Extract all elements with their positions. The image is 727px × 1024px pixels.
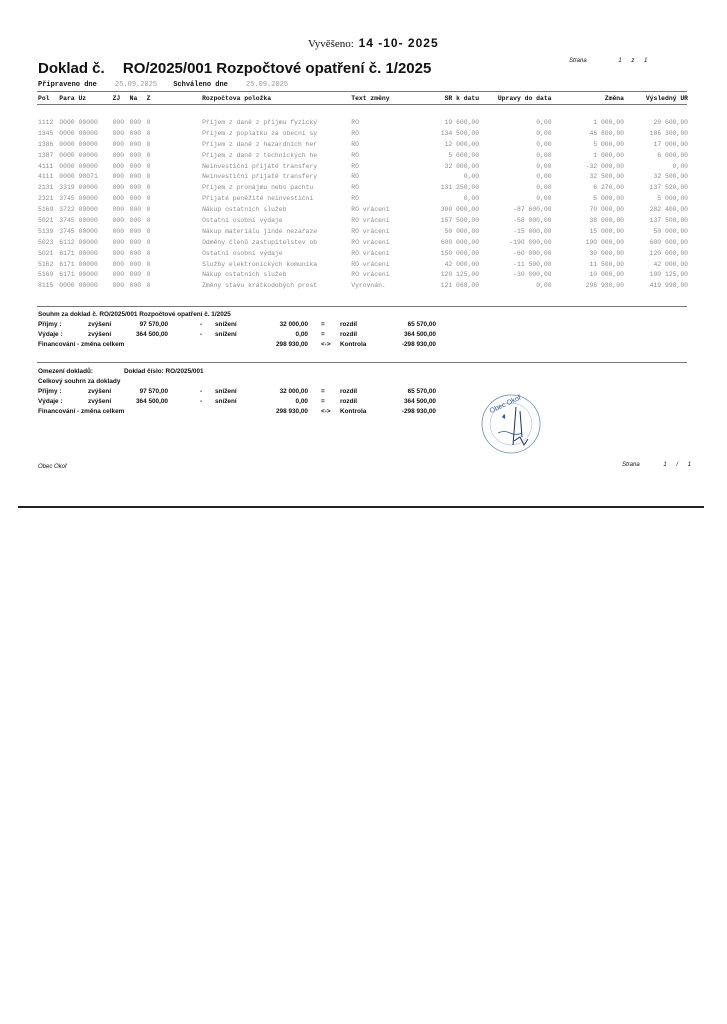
cell-para-uz: 617100000 <box>59 269 112 280</box>
cell-upravy: 0,00 <box>479 128 551 139</box>
cell-z: 0 <box>147 280 202 291</box>
cell-uz: 00000 <box>79 239 98 246</box>
cell-zj: 000 <box>113 139 130 150</box>
check-value: -298 930,00 <box>402 341 436 348</box>
difference-value: 364 500,00 <box>404 331 436 338</box>
cell-zj: 000 <box>113 215 130 226</box>
cell-item: Nákup ostatních služeb <box>202 269 351 280</box>
col-zmena: Změna <box>552 94 624 105</box>
cell-zj: 000 <box>113 280 130 291</box>
cell-para: 6171 <box>59 250 74 257</box>
cell-pol: 8115 <box>38 280 59 291</box>
total-summary: Omezení dokladů: Doklad číslo: RO/2025/0… <box>38 368 438 418</box>
cell-zmena: 30 000,00 <box>552 248 624 259</box>
cell-text: RO <box>351 139 415 150</box>
page-title: Doklad č. RO/2025/001 Rozpočtové opatřen… <box>38 60 431 77</box>
cell-item: Služby elektronických komunika <box>202 259 351 270</box>
cell-para: 3745 <box>59 195 74 202</box>
cell-item: Ostatní osobní výdaje <box>202 215 351 226</box>
cell-para-uz: 611200000 <box>59 237 112 248</box>
footer-organization: Obec Okoř <box>38 464 67 470</box>
cell-zmena: 5 000,00 <box>552 139 624 150</box>
row-label: Výdaje : <box>38 331 63 338</box>
col-upravy: Upravy do data <box>479 94 551 105</box>
cell-na: 000 <box>130 204 147 215</box>
cell-pol: 1386 <box>38 139 59 150</box>
cell-para-uz: 372200000 <box>59 204 112 215</box>
cell-pol: 1112 <box>38 117 59 128</box>
cell-zmena: -32 000,00 <box>552 161 624 172</box>
document-meta: Připraveno dne 25.09.2025 Schváleno dne … <box>38 81 300 89</box>
cell-text: Vyrovnán. <box>351 280 415 291</box>
cell-text: RO vrácení <box>351 248 415 259</box>
cell-para: 6112 <box>59 239 74 246</box>
cell-para: 3745 <box>59 217 74 224</box>
cell-pol: 5021 <box>38 248 59 259</box>
cell-sr: 131 250,00 <box>415 182 479 193</box>
cell-na: 000 <box>130 215 147 226</box>
posted-stamp: Vyvěšeno: 14 -10- 2025 <box>308 36 439 50</box>
cell-na: 000 <box>130 269 147 280</box>
minus-sign: - <box>200 331 202 338</box>
arrow-sign: <-> <box>321 341 331 348</box>
limit-label: Omezení dokladů: <box>38 368 93 375</box>
cell-upravy: -190 000,00 <box>479 237 551 248</box>
cell-z: 0 <box>147 237 202 248</box>
cell-sr: 600 000,00 <box>415 237 479 248</box>
cell-sr: 50 000,00 <box>415 226 479 237</box>
cell-zmena: 298 930,00 <box>552 280 624 291</box>
summary-row: Příjmy :zvýšení97 570,00-snížení32 000,0… <box>38 321 438 331</box>
cell-para-uz: 331900000 <box>59 182 112 193</box>
cell-uz: 00000 <box>79 152 98 159</box>
budget-items-table: Pol Para Uz ZJ Na Z Rozpočtova položka T… <box>38 94 688 291</box>
cell-uz: 00000 <box>79 119 98 126</box>
cell-na: 000 <box>130 237 147 248</box>
cell-na: 000 <box>130 226 147 237</box>
cell-na: 000 <box>130 171 147 182</box>
cell-ur: 0,00 <box>624 161 688 172</box>
table-row: 50216171000000000000Ostatní osobní výdaj… <box>38 248 688 259</box>
cell-zmena: 190 000,00 <box>552 237 624 248</box>
cell-z: 0 <box>147 204 202 215</box>
cell-uz: 00000 <box>79 195 98 202</box>
cell-zj: 000 <box>113 150 130 161</box>
cell-text: RO <box>351 171 415 182</box>
cell-text: RO <box>351 193 415 204</box>
increase-value: 364 500,00 <box>136 398 168 405</box>
document-summary: Souhm za doklad č. RO/2025/001 Rozpočtov… <box>38 311 438 351</box>
col-na: Na <box>130 94 147 105</box>
cell-zj: 000 <box>113 182 130 193</box>
cell-item: Neinvestiční přijaté transfery <box>202 161 351 172</box>
cell-upravy: -60 000,00 <box>479 248 551 259</box>
table-row: 21313319000000000000Příjem z pronájmu ne… <box>38 182 688 193</box>
cell-z: 0 <box>147 117 202 128</box>
col-ur: Výsledný UR <box>624 94 688 105</box>
limit-value: Doklad číslo: RO/2025/001 <box>124 368 204 375</box>
cell-zj: 000 <box>113 193 130 204</box>
cell-zmena: 6 270,00 <box>552 182 624 193</box>
cell-para-uz: 617100000 <box>59 248 112 259</box>
cell-item: Změny stavu krátkodobých prost <box>202 280 351 291</box>
table-row: 50213745000000000000Ostatní osobní výdaj… <box>38 215 688 226</box>
cell-zj: 000 <box>113 128 130 139</box>
cell-upravy: 0,00 <box>479 193 551 204</box>
cell-sr: 0,00 <box>415 193 479 204</box>
cell-zj: 000 <box>113 171 130 182</box>
cell-para-uz: 374500000 <box>59 226 112 237</box>
check-value: -298 930,00 <box>402 408 436 415</box>
difference-label: rozdíl <box>340 321 357 328</box>
table-row: 41110000980710000000Neinvestiční přijaté… <box>38 171 688 182</box>
summary-row: Výdaje :zvýšení364 500,00-snížení0,00=ro… <box>38 331 438 341</box>
cell-para-uz: 000000000 <box>59 280 112 291</box>
cell-para-uz: 000098071 <box>59 171 112 182</box>
cell-z: 0 <box>147 128 202 139</box>
cell-upravy: -58 000,00 <box>479 215 551 226</box>
cell-text: RO vrácení <box>351 269 415 280</box>
cell-uz: 00000 <box>79 184 98 191</box>
cell-uz: 00000 <box>79 228 98 235</box>
cell-zmena: 70 000,00 <box>552 204 624 215</box>
difference-label: rozdíl <box>340 331 357 338</box>
increase-value: 364 500,00 <box>136 331 168 338</box>
cell-na: 000 <box>130 128 147 139</box>
decrease-label: snížení <box>215 321 237 328</box>
cell-z: 0 <box>147 161 202 172</box>
col-para-uz: Para Uz <box>59 94 112 105</box>
cell-uz: 98071 <box>79 173 98 180</box>
increase-label: zvýšení <box>88 398 111 405</box>
cell-ur: 42 000,00 <box>624 259 688 270</box>
table-row: 50236112000000000000Odměny členů zastupi… <box>38 237 688 248</box>
cell-upravy: -30 000,00 <box>479 269 551 280</box>
col-z: Z <box>147 94 202 105</box>
cell-upravy: 0,00 <box>479 161 551 172</box>
difference-label: rozdíl <box>340 398 357 405</box>
page-number-top: Strana 1 z 1 <box>569 58 651 64</box>
summary-title: Souhm za doklad č. RO/2025/001 Rozpočtov… <box>38 311 438 321</box>
cell-uz: 00000 <box>79 261 98 268</box>
col-zj: ZJ <box>113 94 130 105</box>
summary-row: Příjmy :zvýšení97 570,00-snížení32 000,0… <box>38 388 438 398</box>
cell-para: 0000 <box>59 163 74 170</box>
cell-pol: 1345 <box>38 128 59 139</box>
page-edge <box>18 506 704 508</box>
cell-zj: 000 <box>113 248 130 259</box>
row-label: Příjmy : <box>38 321 61 328</box>
cell-ur: 186 300,00 <box>624 128 688 139</box>
table-row: 51393745000000000000Nákup materiálu jind… <box>38 226 688 237</box>
cell-item: Nákup ostatních služeb <box>202 204 351 215</box>
cell-item: Ostatní osobní výdaje <box>202 248 351 259</box>
equals-sign: = <box>321 331 325 338</box>
cell-item: Odměny členů zastupitelstev ob <box>202 237 351 248</box>
difference-value: 364 500,00 <box>404 398 436 405</box>
arrow-sign: <-> <box>321 408 331 415</box>
cell-sr: 0,00 <box>415 171 479 182</box>
cell-pol: 2131 <box>38 182 59 193</box>
cell-para: 0000 <box>59 152 74 159</box>
row-label: Výdaje : <box>38 398 63 405</box>
financing-value: 298 930,00 <box>276 341 308 348</box>
increase-value: 97 570,00 <box>140 321 168 328</box>
cell-pol: 5139 <box>38 226 59 237</box>
divider <box>37 91 687 92</box>
prepared-date: 25.09.2025 <box>115 81 157 89</box>
cell-sr: 19 600,00 <box>415 117 479 128</box>
cell-zj: 000 <box>113 204 130 215</box>
cell-item: Příjem z daně z technických he <box>202 150 351 161</box>
cell-pol: 5023 <box>38 237 59 248</box>
total-title-text: Celkový souhrn za doklady <box>38 378 120 385</box>
footer-page-value: 1 / 1 <box>663 462 695 468</box>
cell-pol: 4111 <box>38 171 59 182</box>
cell-sr: 42 000,00 <box>415 259 479 270</box>
cell-zmena: 15 000,00 <box>552 226 624 237</box>
minus-sign: - <box>200 398 202 405</box>
row-label: Příjmy : <box>38 388 61 395</box>
cell-para-uz: 374500000 <box>59 215 112 226</box>
divider <box>37 362 687 363</box>
cell-na: 000 <box>130 259 147 270</box>
cell-uz: 00000 <box>79 282 98 289</box>
cell-ur: 600 000,00 <box>624 237 688 248</box>
cell-ur: 282 400,00 <box>624 204 688 215</box>
cell-upravy: 0,00 <box>479 139 551 150</box>
cell-text: RO <box>351 128 415 139</box>
cell-text: RO vrácení <box>351 215 415 226</box>
cell-text: RO <box>351 161 415 172</box>
page-value: 1 z 1 <box>618 58 651 64</box>
cell-para: 0000 <box>59 141 74 148</box>
cell-pol: 4111 <box>38 161 59 172</box>
cell-sr: 157 500,00 <box>415 215 479 226</box>
increase-label: zvýšení <box>88 388 111 395</box>
cell-z: 0 <box>147 248 202 259</box>
equals-sign: = <box>321 321 325 328</box>
cell-sr: 150 000,00 <box>415 248 479 259</box>
cell-zj: 000 <box>113 226 130 237</box>
cell-pol: 1387 <box>38 150 59 161</box>
cell-text: RO <box>351 182 415 193</box>
cell-uz: 00000 <box>79 250 98 257</box>
cell-uz: 00000 <box>79 206 98 213</box>
cell-sr: 32 000,00 <box>415 161 479 172</box>
cell-z: 0 <box>147 182 202 193</box>
cell-z: 0 <box>147 171 202 182</box>
cell-para-uz: 617100000 <box>59 259 112 270</box>
cell-ur: 20 600,00 <box>624 117 688 128</box>
decrease-value: 32 000,00 <box>280 388 308 395</box>
cell-para-uz: 000000000 <box>59 117 112 128</box>
cell-text: RO <box>351 150 415 161</box>
decrease-value: 0,00 <box>296 398 308 405</box>
cell-zmena: 11 500,00 <box>552 259 624 270</box>
total-title: Celkový souhrn za doklady <box>38 378 438 388</box>
cell-ur: 50 000,00 <box>624 226 688 237</box>
posted-label: Vyvěšeno: <box>308 38 354 50</box>
cell-pol: 5162 <box>38 259 59 270</box>
cell-z: 0 <box>147 259 202 270</box>
cell-item: Příjem z poplatku za obecní sy <box>202 128 351 139</box>
cell-z: 0 <box>147 269 202 280</box>
cell-ur: 32 500,00 <box>624 171 688 182</box>
col-item: Rozpočtova položka <box>202 94 351 105</box>
cell-z: 0 <box>147 139 202 150</box>
cell-sr: 12 000,00 <box>415 139 479 150</box>
divider <box>37 306 687 307</box>
summary-row: Výdaje :zvýšení364 500,00-snížení0,00=ro… <box>38 398 438 408</box>
cell-zmena: 32 500,00 <box>552 171 624 182</box>
cell-uz: 00000 <box>79 217 98 224</box>
cell-text: RO vrácení <box>351 259 415 270</box>
cell-para-uz: 000000000 <box>59 161 112 172</box>
difference-label: rozdíl <box>340 388 357 395</box>
cell-upravy: -87 600,00 <box>479 204 551 215</box>
check-label: Kontrola <box>340 341 366 348</box>
cell-zj: 000 <box>113 269 130 280</box>
decrease-label: snížení <box>215 331 237 338</box>
col-pol: Pol <box>38 94 59 105</box>
equals-sign: = <box>321 398 325 405</box>
increase-label: zvýšení <box>88 331 111 338</box>
cell-para: 3319 <box>59 184 74 191</box>
cell-z: 0 <box>147 150 202 161</box>
cell-na: 000 <box>130 139 147 150</box>
difference-value: 65 570,00 <box>408 388 436 395</box>
table-row: 51696171000000000000Nákup ostatních služ… <box>38 269 688 280</box>
cell-pol: 2321 <box>38 193 59 204</box>
cell-upravy: 0,00 <box>479 280 551 291</box>
cell-para-uz: 000000000 <box>59 128 112 139</box>
cell-para-uz: 374500000 <box>59 193 112 204</box>
table-row: 11120000000000000000Příjem z daně z příj… <box>38 117 688 128</box>
cell-text: RO vrácení <box>351 204 415 215</box>
decrease-label: snížení <box>215 388 237 395</box>
cell-z: 0 <box>147 193 202 204</box>
page-label: Strana <box>569 58 587 64</box>
cell-na: 000 <box>130 161 147 172</box>
cell-ur: 137 520,00 <box>624 182 688 193</box>
cell-pol: 5169 <box>38 204 59 215</box>
cell-na: 000 <box>130 117 147 128</box>
cell-zmena: 38 000,00 <box>552 215 624 226</box>
cell-sr: 300 000,00 <box>415 204 479 215</box>
increase-label: zvýšení <box>88 321 111 328</box>
cell-para: 0000 <box>59 173 74 180</box>
cell-uz: 00000 <box>79 130 98 137</box>
approved-label: Schváleno dne <box>173 81 228 89</box>
cell-na: 000 <box>130 193 147 204</box>
cell-item: Přijaté peněžité neinvestiční <box>202 193 351 204</box>
table-row: 51693722000000000000Nákup ostatních služ… <box>38 204 688 215</box>
municipal-stamp-icon: Obec Okoř <box>480 393 542 455</box>
check-label: Kontrola <box>340 408 366 415</box>
cell-zmena: 5 000,00 <box>552 193 624 204</box>
table-row: 13870000000000000000Příjem z daně z tech… <box>38 150 688 161</box>
cell-para: 3745 <box>59 228 74 235</box>
cell-zj: 000 <box>113 259 130 270</box>
table-row: 81150000000000000000Změny stavu krátkodo… <box>38 280 688 291</box>
cell-zj: 000 <box>113 161 130 172</box>
cell-item: Příjem z pronájmu nebo pachtu <box>202 182 351 193</box>
cell-text: RO vrácení <box>351 226 415 237</box>
table-header: Pol Para Uz ZJ Na Z Rozpočtova položka T… <box>38 94 688 105</box>
col-text: Text změny <box>351 94 415 105</box>
cell-ur: 137 500,00 <box>624 215 688 226</box>
cell-sr: 120 125,00 <box>415 269 479 280</box>
cell-para: 3722 <box>59 206 74 213</box>
cell-na: 000 <box>130 182 147 193</box>
prepared-label: Připraveno dne <box>38 81 97 89</box>
cell-zmena: 10 000,00 <box>552 269 624 280</box>
cell-na: 000 <box>130 280 147 291</box>
cell-item: Neinvestiční přijaté transfery <box>202 171 351 182</box>
cell-para: 0000 <box>59 282 74 289</box>
cell-upravy: 0,00 <box>479 117 551 128</box>
cell-upravy: -15 000,00 <box>479 226 551 237</box>
financing-row: Financování - změna celkem298 930,00<->K… <box>38 408 438 418</box>
cell-upravy: 0,00 <box>479 171 551 182</box>
approved-date: 25.09.2025 <box>246 81 288 89</box>
cell-para-uz: 000000000 <box>59 139 112 150</box>
cell-uz: 00000 <box>79 163 98 170</box>
svg-text:Obec Okoř: Obec Okoř <box>489 394 523 415</box>
table-row: 51626171000000000000Služby elektronickýc… <box>38 259 688 270</box>
summary-title-text: Souhm za doklad č. RO/2025/001 Rozpočtov… <box>38 311 231 318</box>
cell-ur: 100 125,00 <box>624 269 688 280</box>
table-row: 41110000000000000000Neinvestiční přijaté… <box>38 161 688 172</box>
cell-zj: 000 <box>113 237 130 248</box>
cell-para: 0000 <box>59 130 74 137</box>
cell-sr: 5 000,00 <box>415 150 479 161</box>
document-title: RO/2025/001 Rozpočtové opatření č. 1/202… <box>123 60 431 77</box>
cell-ur: 17 000,00 <box>624 139 688 150</box>
cell-z: 0 <box>147 226 202 237</box>
col-sr: SR k datu <box>415 94 479 105</box>
cell-pol: 5169 <box>38 269 59 280</box>
table-row: 23213745000000000000Přijaté peněžité nei… <box>38 193 688 204</box>
financing-value: 298 930,00 <box>276 408 308 415</box>
footer-page-number: Strana 1 / 1 <box>622 462 695 468</box>
title-prefix: Doklad č. <box>38 60 105 77</box>
limit-row: Omezení dokladů: Doklad číslo: RO/2025/0… <box>38 368 438 378</box>
posted-date: 14 -10- 2025 <box>359 36 439 50</box>
table-row: 13860000000000000000Příjem z daně z haza… <box>38 139 688 150</box>
cell-item: Nákup materiálu jinde nezařaze <box>202 226 351 237</box>
cell-upravy: 0,00 <box>479 182 551 193</box>
cell-item: Příjem z daně z příjmu fyzický <box>202 117 351 128</box>
cell-para: 6171 <box>59 261 74 268</box>
financing-label: Financování - změna celkem <box>38 341 124 348</box>
minus-sign: - <box>200 388 202 395</box>
increase-value: 97 570,00 <box>140 388 168 395</box>
equals-sign: = <box>321 388 325 395</box>
decrease-value: 0,00 <box>296 331 308 338</box>
cell-upravy: -11 500,00 <box>479 259 551 270</box>
cell-text: RO vrácení <box>351 237 415 248</box>
footer-page-label: Strana <box>622 462 640 468</box>
cell-uz: 00000 <box>79 271 98 278</box>
cell-text: RO <box>351 117 415 128</box>
cell-para-uz: 000000000 <box>59 150 112 161</box>
decrease-label: snížení <box>215 398 237 405</box>
minus-sign: - <box>200 321 202 328</box>
cell-sr: 121 068,00 <box>415 280 479 291</box>
table-row: 13450000000000000000Příjem z poplatku za… <box>38 128 688 139</box>
